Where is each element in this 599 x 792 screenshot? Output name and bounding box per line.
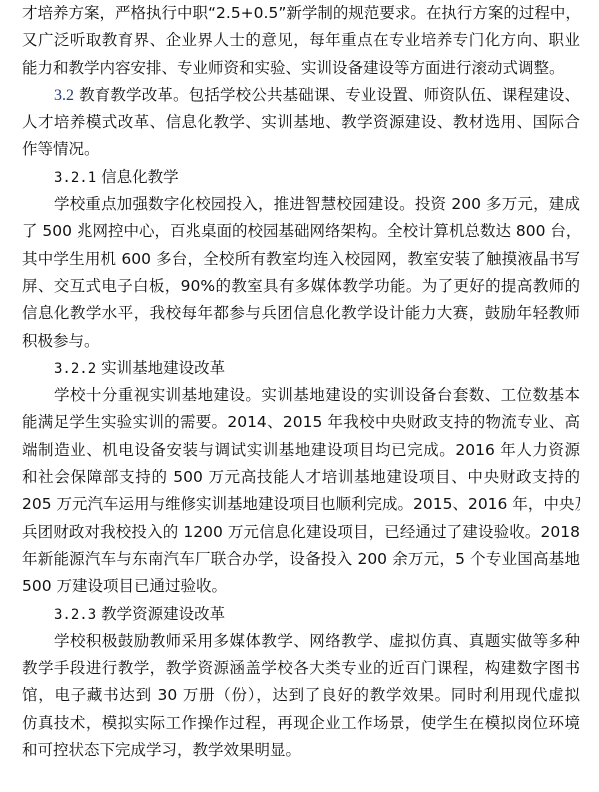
body-text-line: 能满足学生实验实训的需要。2014、2015 年我校中央财政支持的物流专业、高: [22, 409, 580, 436]
document-page: 才培养方案，严格执行中职“2.5+0.5”新学制的规范要求。在执行方案的过程中，…: [22, 0, 580, 764]
body-text-line: 馆，电子藏书达到 30 万册（份），达到了良好的教学效果。同时利用现代虚拟: [22, 682, 580, 709]
body-text-line: 500 万建设项目已通过验收。: [22, 573, 580, 600]
body-text-line: 其中学生用机 600 多台，全校所有教室均连入校园网，教室安装了触摸液晶书写: [22, 246, 580, 273]
heading-number: 3.2.3: [54, 607, 96, 623]
body-text-line: 作等情况。: [22, 136, 580, 163]
section-3-2-intro-line: 3.2 教育教学改革。包括学校公共基础课、专业设置、师资队伍、课程建设、: [22, 82, 580, 109]
section-heading-3-2-3: 3.2.3 教学资源建设改革: [22, 601, 580, 628]
body-text-line: 和社会保障部支持的 500 万元高技能人才培训基地建设项目、中央财政支持的: [22, 464, 580, 491]
body-text-line: 才培养方案，严格执行中职“2.5+0.5”新学制的规范要求。在执行方案的过程中，: [22, 0, 580, 27]
body-text-line: 年新能源汽车与东南汽车厂联合办学，设备投入 200 余万元，5 个专业国高基地: [22, 546, 580, 573]
body-text-line: 学校十分重视实训基地建设。实训基地建设的实训设备台套数、工位数基本: [22, 382, 580, 409]
body-text-line: 和可控状态下完成学习，教学效果明显。: [22, 737, 580, 764]
body-text-line: 端制造业、机电设备安装与调试实训基地建设项目均已完成。2016 年人力资源: [22, 437, 580, 464]
body-text-line: 积极参与。: [22, 328, 580, 355]
body-text-line: 教学手段进行教学，教学资源涵盖学校各大类专业的近百门课程，构建数字图书: [22, 655, 580, 682]
heading-title: 教学资源建设改革: [101, 605, 225, 623]
body-text-line: 学校重点加强数字化校园投入，推进智慧校园建设。投资 200 多万元，建成: [22, 191, 580, 218]
section-heading-3-2-1: 3.2.1 信息化教学: [22, 164, 580, 191]
body-text-line: 信息化教学水平，我校每年都参与兵团信息化教学设计能力大赛，鼓励年轻教师: [22, 300, 580, 327]
body-text-line: 兵团财政对我校投入的 1200 万元信息化建设项目，已经通过了建设验收。2018: [22, 519, 580, 546]
body-text-line: 仿真技术，模拟实际工作操作过程，再现企业工作场景，使学生在模拟岗位环境: [22, 710, 580, 737]
heading-title: 信息化教学: [101, 168, 179, 186]
body-text-line: 205 万元汽车运用与维修实训基地建设项目也顺利完成。2015、2016 年，中…: [22, 491, 580, 518]
body-text-line: 了 500 兆网控中心，百兆桌面的校园基础网络架构。全校计算机总数达 800 台…: [22, 218, 580, 245]
heading-number: 3.2.2: [54, 361, 96, 377]
body-text-line: 能力和教学内容安排、专业师资和实验、实训设备建设等方面进行滚动式调整。: [22, 55, 580, 82]
section-number: 3.2: [54, 87, 74, 104]
heading-title: 实训基地建设改革: [101, 359, 225, 377]
section-text: 教育教学改革。包括学校公共基础课、专业设置、师资队伍、课程建设、: [74, 86, 580, 104]
body-text-line: 又广泛听取教育界、企业界人士的意见，每年重点在专业培养专门化方向、职业: [22, 27, 580, 54]
body-text-line: 人才培养模式改革、信息化教学、实训基地、教学资源建设、教材选用、国际合: [22, 109, 580, 136]
section-heading-3-2-2: 3.2.2 实训基地建设改革: [22, 355, 580, 382]
body-text-line: 学校积极鼓励教师采用多媒体教学、网络教学、虚拟仿真、真题实做等多种: [22, 628, 580, 655]
body-text-line: 屏、交互式电子白板，90%的教室具有多媒体教学功能。为了更好的提高教师的: [22, 273, 580, 300]
heading-number: 3.2.1: [54, 170, 96, 186]
